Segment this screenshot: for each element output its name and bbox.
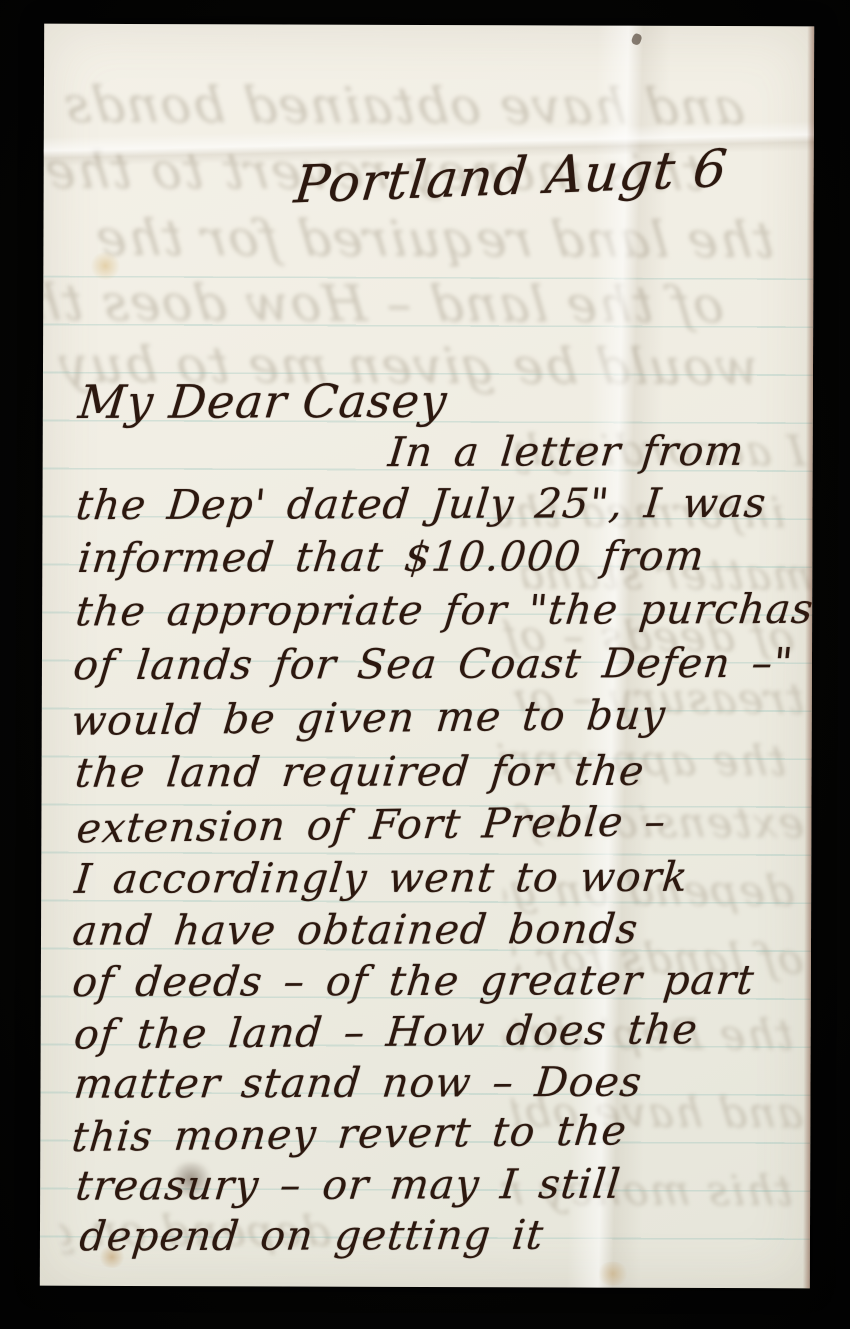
letter-line: the appropriate for "the purchase bbox=[73, 585, 814, 636]
letter-line: of the land – How does the bbox=[72, 1005, 700, 1058]
letter-line: this money revert to the bbox=[70, 1106, 630, 1161]
letter-line: the land required for the bbox=[73, 747, 647, 797]
letter-line: matter stand now – Does bbox=[72, 1058, 645, 1108]
letter-line: the Dep' dated July 25", I was bbox=[74, 479, 769, 529]
letter-photograph: and have obtained bonds this money rever… bbox=[0, 0, 850, 1329]
letter-line: would be given me to buy bbox=[69, 691, 668, 745]
letter-line: and have obtained bonds bbox=[70, 905, 640, 955]
letter-line: informed that $10.000 from bbox=[76, 532, 707, 582]
letter-line: of lands for Sea Coast Defen –" bbox=[71, 639, 795, 689]
salutation: My Dear Casey bbox=[76, 374, 450, 429]
letter-line: depend on getting it bbox=[77, 1211, 546, 1261]
letter-line: I accordingly went to work bbox=[73, 853, 691, 903]
letter-line: of deeds – of the greater part bbox=[70, 956, 757, 1006]
letter-paper: and have obtained bonds this money rever… bbox=[40, 24, 814, 1289]
bleed-through-line: the land required for the bbox=[91, 209, 776, 269]
letter-line: treasury – or may I still bbox=[74, 1160, 624, 1210]
letter-line: extension of Fort Preble – bbox=[75, 797, 669, 852]
letter-line: In a letter from bbox=[386, 427, 747, 476]
